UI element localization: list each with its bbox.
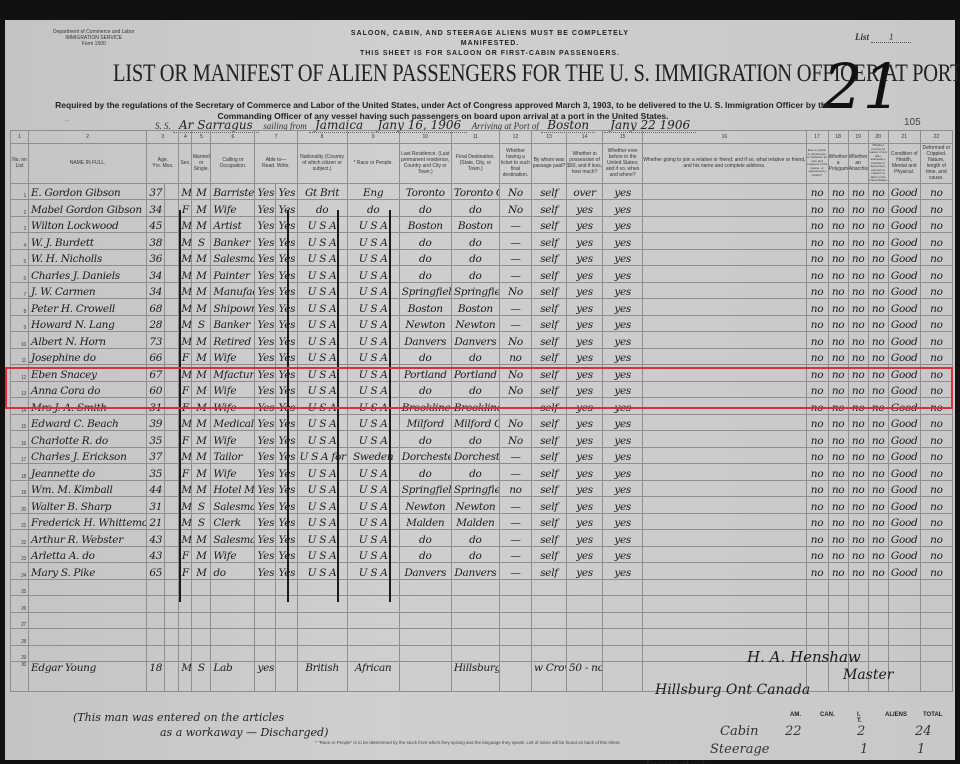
cell-can-write: [276, 612, 297, 629]
col-num: 6: [211, 131, 255, 144]
cell-joining-relative: [643, 414, 806, 431]
cell-contract-labor: [868, 579, 888, 596]
cell-marital-status: [192, 612, 211, 629]
cell-race: U S A: [347, 332, 399, 349]
cell-age-months: [165, 629, 179, 646]
cell-health: Good: [888, 497, 920, 514]
master-signature: H. A. Henshaw: [747, 648, 861, 666]
cell-ticket: No: [499, 282, 531, 299]
col-num: 3: [147, 131, 179, 144]
header-write: Write.: [277, 163, 290, 169]
cell-final-destination: Portland Me: [451, 365, 499, 382]
cell-passage-paid-by: self: [531, 365, 566, 382]
cell-contract-labor: no: [868, 200, 888, 217]
header-contract-labor: Whether coming by reason of any offer, s…: [868, 144, 888, 184]
cell-sex: [179, 645, 192, 662]
cell-last-residence: [399, 612, 451, 629]
cell-passenger-name: W. H. Nicholls: [29, 249, 147, 266]
cell-final-destination: do: [451, 233, 499, 250]
header-name: NAME IN FULL.: [29, 144, 147, 184]
cell-age-months: [165, 348, 179, 365]
cell-marital-status: S: [192, 233, 211, 250]
cell-contract-labor: [868, 596, 888, 613]
list-label: List: [855, 32, 869, 42]
cell-age-months: [165, 200, 179, 217]
col-num: 12: [499, 131, 531, 144]
cell-race: U S A: [347, 414, 399, 431]
cell-row-number: 7: [11, 282, 29, 299]
cell-final-destination: Boston: [451, 216, 499, 233]
cell-passenger-name: [29, 629, 147, 646]
table-row-empty: 28: [11, 629, 953, 646]
header-race: * Race or People.: [347, 144, 399, 184]
col-num: 16: [643, 131, 806, 144]
cell-prison: no: [806, 365, 828, 382]
cell-ticket: —: [499, 447, 531, 464]
cell-age-months: [165, 464, 179, 481]
cell-marital-status: M: [192, 332, 211, 349]
cell-contract-labor: no: [868, 546, 888, 563]
cell-polygamist: no: [828, 183, 848, 200]
cell-last-residence: do: [399, 381, 451, 398]
cell-before-in-us: yes: [603, 563, 643, 580]
cell-deformed: no: [920, 381, 952, 398]
cell-final-destination: Newton: [451, 315, 499, 332]
cell-age-years: 28: [147, 315, 165, 332]
cell-age-months: [165, 332, 179, 349]
cell-can-read: [255, 645, 276, 662]
cell-health: Good: [888, 332, 920, 349]
cell-prison: no: [806, 282, 828, 299]
ditto-line: [337, 210, 339, 602]
cell-passage-paid-by: self: [531, 464, 566, 481]
cell-occupation: Mfacturer: [211, 365, 255, 382]
cell-anarchist: [848, 629, 868, 646]
cell-age-years: 34: [147, 200, 165, 217]
cell-anarchist: no: [848, 513, 868, 530]
cell-contract-labor: no: [868, 332, 888, 349]
cell-joining-relative: [643, 546, 806, 563]
cell-age-years: 44: [147, 480, 165, 497]
cell-passage-paid-by: self: [531, 431, 566, 448]
cell-contract-labor: no: [868, 431, 888, 448]
cell-last-residence: Dorchester: [399, 447, 451, 464]
cell-age-months: [165, 530, 179, 547]
cell-before-in-us: yes: [603, 216, 643, 233]
cell-polygamist: no: [828, 233, 848, 250]
cell-money: yes: [567, 480, 603, 497]
cell-polygamist: no: [828, 249, 848, 266]
cell-contract-labor: no: [868, 282, 888, 299]
col-num: 7: [255, 131, 297, 144]
cell-ticket: —: [499, 464, 531, 481]
cell-can-read: Yes: [255, 431, 276, 448]
cell-last-residence: do: [399, 249, 451, 266]
cell-deformed: no: [920, 216, 952, 233]
cell-passenger-name: [29, 612, 147, 629]
cell-anarchist: no: [848, 365, 868, 382]
cell-can-read: Yes: [255, 266, 276, 283]
cell-ticket: No: [499, 431, 531, 448]
cell-money: yes: [567, 398, 603, 415]
cell-can-read: Yes: [255, 381, 276, 398]
cell-prison: no: [806, 398, 828, 415]
cell-contract-labor: no: [868, 299, 888, 316]
cell-marital-status: M: [192, 348, 211, 365]
cell-nationality: U S A: [297, 216, 347, 233]
cell-before-in-us: yes: [603, 282, 643, 299]
cell-age-months: [165, 563, 179, 580]
cell-sex: [179, 612, 192, 629]
cell-final-destination: do: [451, 530, 499, 547]
cell-nationality: Gt Brit: [297, 183, 347, 200]
cell-can-read: Yes: [255, 216, 276, 233]
cell-can-read: Yes: [255, 233, 276, 250]
cell-age-years: 18: [147, 662, 165, 692]
cell-passage-paid-by: self: [531, 249, 566, 266]
cell-age-years: [147, 612, 165, 629]
cell-before-in-us: yes: [603, 233, 643, 250]
cell-prison: no: [806, 381, 828, 398]
cell-race: U S A: [347, 216, 399, 233]
cell-race: do: [347, 200, 399, 217]
cell-occupation: [211, 629, 255, 646]
cell-passenger-name: Josephine do: [29, 348, 147, 365]
cell-occupation: Banker: [211, 233, 255, 250]
header-money: Whether in possession of $50, and if les…: [567, 144, 603, 184]
cell-money: [567, 612, 603, 629]
cell-polygamist: no: [828, 464, 848, 481]
form-code: —: [65, 117, 69, 122]
cell-occupation: Banker: [211, 315, 255, 332]
cell-joining-relative: [643, 332, 806, 349]
cell-age-months: [165, 398, 179, 415]
cell-nationality: U S A: [297, 398, 347, 415]
cell-passenger-name: Charles J. Daniels: [29, 266, 147, 283]
col-num: 2: [29, 131, 147, 144]
cell-passage-paid-by: self: [531, 546, 566, 563]
cell-marital-status: M: [192, 398, 211, 415]
cell-before-in-us: [603, 579, 643, 596]
cell-can-read: Yes: [255, 563, 276, 580]
cell-last-residence: Portland: [399, 365, 451, 382]
cell-ticket: —: [499, 249, 531, 266]
cell-prison: no: [806, 233, 828, 250]
cell-anarchist: no: [848, 497, 868, 514]
table-row: 3Wilton Lockwood45MMArtistYesYesU S AU S…: [11, 216, 953, 233]
department-header: Department of Commerce and Labor IMMIGRA…: [53, 29, 134, 47]
cell-money: yes: [567, 249, 603, 266]
cell-anarchist: no: [848, 315, 868, 332]
header-age-yrs: Yrs.: [152, 163, 161, 169]
cell-deformed: no: [920, 431, 952, 448]
cell-nationality: British: [297, 662, 347, 692]
cell-joining-relative: [643, 530, 806, 547]
cell-row-number: 11: [11, 348, 29, 365]
cell-before-in-us: yes: [603, 299, 643, 316]
cell-money: yes: [567, 332, 603, 349]
cell-can-read: [255, 629, 276, 646]
col-num: 18: [828, 131, 848, 144]
cell-deformed: no: [920, 464, 952, 481]
cell-contract-labor: [868, 612, 888, 629]
cell-before-in-us: yes: [603, 497, 643, 514]
cell-prison: [806, 579, 828, 596]
cell-nationality: U S A: [297, 266, 347, 283]
cell-race: U S A: [347, 315, 399, 332]
cell-race: [347, 612, 399, 629]
cell-passage-paid-by: self: [531, 414, 566, 431]
cell-age-years: 36: [147, 249, 165, 266]
header-polygamist: Whether a Polygamist.: [828, 144, 848, 184]
cell-ticket: [499, 662, 531, 692]
cell-row-number: 10: [11, 332, 29, 349]
table-row: 5W. H. Nicholls36MMSalesmanYesYesU S AU …: [11, 249, 953, 266]
cell-passenger-name: Edward C. Beach: [29, 414, 147, 431]
cell-nationality: [297, 629, 347, 646]
cell-passenger-name: [29, 596, 147, 613]
cell-passenger-name: Eben Snacey: [29, 365, 147, 382]
table-row-empty: 26: [11, 596, 953, 613]
cell-passage-paid-by: self: [531, 200, 566, 217]
table-row: 4W. J. Burdett38MSBankerYesYesU S AU S A…: [11, 233, 953, 250]
cell-polygamist: no: [828, 348, 848, 365]
cell-row-number: 17: [11, 447, 29, 464]
manifest-sheet: Department of Commerce and Labor IMMIGRA…: [5, 20, 955, 760]
row30-remark: (This man was entered on the articles: [73, 711, 284, 724]
cell-can-read: Yes: [255, 464, 276, 481]
col-num: 13: [531, 131, 566, 144]
cell-health: Good: [888, 464, 920, 481]
cell-polygamist: no: [828, 200, 848, 217]
cell-passage-paid-by: self: [531, 563, 566, 580]
cell-passenger-name: Wm. M. Kimball: [29, 480, 147, 497]
cell-race: U S A: [347, 464, 399, 481]
header-ticket: Whether having a ticket to such final de…: [499, 144, 531, 184]
cell-row-number: 4: [11, 233, 29, 250]
cell-row-number: 26: [11, 596, 29, 613]
cell-polygamist: no: [828, 480, 848, 497]
cell-marital-status: M: [192, 563, 211, 580]
cell-contract-labor: no: [868, 497, 888, 514]
list-number: List 1: [855, 32, 911, 43]
cell-money: yes: [567, 233, 603, 250]
cell-passage-paid-by: self: [531, 332, 566, 349]
cell-nationality: U S A: [297, 431, 347, 448]
cell-polygamist: no: [828, 414, 848, 431]
cell-money: yes: [567, 497, 603, 514]
cell-row-number: 22: [11, 530, 29, 547]
cell-money: yes: [567, 530, 603, 547]
header-joining-relative: Whether going to join a relative or frie…: [643, 144, 806, 184]
table-row-30: 30Edgar Young18MSLabyesBritishAfricanHil…: [11, 662, 953, 692]
col-num: 8: [297, 131, 347, 144]
cell-age-years: [147, 645, 165, 662]
cell-prison: no: [806, 332, 828, 349]
cell-can-write: [276, 662, 297, 692]
cell-anarchist: no: [848, 183, 868, 200]
cell-deformed: no: [920, 315, 952, 332]
cell-deformed: no: [920, 282, 952, 299]
cell-polygamist: no: [828, 315, 848, 332]
cell-nationality: U S A: [297, 299, 347, 316]
cell-ticket: No: [499, 414, 531, 431]
cell-deformed: no: [920, 398, 952, 415]
col-num: 20: [868, 131, 888, 144]
cell-can-read: Yes: [255, 365, 276, 382]
cell-can-read: Yes: [255, 282, 276, 299]
cell-prison: [806, 612, 828, 629]
cell-nationality: do: [297, 200, 347, 217]
col-num: 15: [603, 131, 643, 144]
cell-can-read: Yes: [255, 348, 276, 365]
cell-before-in-us: yes: [603, 431, 643, 448]
cell-money: yes: [567, 266, 603, 283]
cell-health: Good: [888, 299, 920, 316]
cell-race: U S A: [347, 513, 399, 530]
cell-deformed: no: [920, 497, 952, 514]
cell-final-destination: [451, 579, 499, 596]
table-row: 9Howard N. Lang28MSBankerYesYesU S AU S …: [11, 315, 953, 332]
cell-sex: M: [179, 183, 192, 200]
cell-occupation: Painter: [211, 266, 255, 283]
cell-passenger-name: Charlotte R. do: [29, 431, 147, 448]
cell-ticket: —: [499, 563, 531, 580]
cell-money: yes: [567, 365, 603, 382]
cell-final-destination: Dorchester: [451, 447, 499, 464]
cell-before-in-us: [603, 596, 643, 613]
table-row: 6Charles J. Daniels34MMPainterYesYesU S …: [11, 266, 953, 283]
steerage-total: 1: [917, 742, 925, 757]
cell-age-years: 35: [147, 464, 165, 481]
cell-passage-paid-by: self: [531, 233, 566, 250]
cell-occupation: [211, 579, 255, 596]
cell-age-years: 66: [147, 348, 165, 365]
cell-anarchist: no: [848, 563, 868, 580]
cell-occupation: Salesman: [211, 249, 255, 266]
cell-contract-labor: no: [868, 447, 888, 464]
cell-occupation: Medical: [211, 414, 255, 431]
cell-occupation: Wife: [211, 431, 255, 448]
cell-money: [567, 645, 603, 662]
cell-anarchist: no: [848, 414, 868, 431]
cell-can-read: Yes: [255, 414, 276, 431]
cell-race: [347, 629, 399, 646]
cell-marital-status: S: [192, 662, 211, 692]
cell-money: yes: [567, 414, 603, 431]
cell-ticket: —: [499, 216, 531, 233]
cell-final-destination: [451, 629, 499, 646]
cell-occupation: [211, 612, 255, 629]
cell-age-months: [165, 233, 179, 250]
cell-age-years: 38: [147, 233, 165, 250]
cell-age-months: [165, 480, 179, 497]
cell-prison: no: [806, 464, 828, 481]
cell-health: [888, 596, 920, 613]
cell-ticket: No: [499, 332, 531, 349]
cell-joining-relative: [643, 480, 806, 497]
cell-prison: no: [806, 563, 828, 580]
header-passage-paid: By whom was passage paid?: [531, 144, 566, 184]
cell-passenger-name: Anna Cora do: [29, 381, 147, 398]
cell-before-in-us: yes: [603, 381, 643, 398]
cell-nationality: U S A: [297, 348, 347, 365]
cell-age-years: 37: [147, 183, 165, 200]
cell-can-read: Yes: [255, 546, 276, 563]
cell-marital-status: M: [192, 266, 211, 283]
cell-last-residence: Malden: [399, 513, 451, 530]
row30-remark: as a workaway — Discharged): [160, 726, 328, 739]
cell-age-months: [165, 513, 179, 530]
header-last-residence: Last Residence. (Last permanent residenc…: [399, 144, 451, 184]
cell-joining-relative: [643, 431, 806, 448]
cell-health: Good: [888, 398, 920, 415]
cell-row-number: 30: [11, 662, 29, 692]
cell-health: Good: [888, 348, 920, 365]
cell-health: Good: [888, 480, 920, 497]
notice-line: SALOON, CABIN, AND STEERAGE ALIENS MUST …: [325, 29, 655, 49]
cell-marital-status: M: [192, 282, 211, 299]
cell-age-months: [165, 315, 179, 332]
cell-race: U S A: [347, 266, 399, 283]
cell-race: U S A: [347, 546, 399, 563]
cell-money: yes: [567, 315, 603, 332]
cell-contract-labor: no: [868, 563, 888, 580]
table-row: 21Frederick H. Whittemore21MSClerkYesYes…: [11, 513, 953, 530]
cell-age-years: 73: [147, 332, 165, 349]
cell-final-destination: [451, 596, 499, 613]
cell-can-write: [276, 645, 297, 662]
table-row: 18Jeannette do35FMWifeYesYesU S AU S Ado…: [11, 464, 953, 481]
cell-deformed: no: [920, 332, 952, 349]
cell-ticket: no: [499, 480, 531, 497]
cell-can-read: [255, 596, 276, 613]
cell-before-in-us: [603, 645, 643, 662]
cell-last-residence: Danvers: [399, 563, 451, 580]
cell-age-years: 39: [147, 414, 165, 431]
cell-race: U S A: [347, 249, 399, 266]
cell-final-destination: do: [451, 431, 499, 448]
table-row: 22Arthur R. Webster43MMSalesmanYesYesU S…: [11, 530, 953, 547]
cell-last-residence: [399, 629, 451, 646]
col-num: 21: [888, 131, 920, 144]
cell-money: [567, 596, 603, 613]
cell-last-residence: [399, 645, 451, 662]
cell-anarchist: no: [848, 299, 868, 316]
cell-nationality: U S A for: [297, 447, 347, 464]
cell-passenger-name: E. Gordon Gibson: [29, 183, 147, 200]
cell-ticket: [499, 612, 531, 629]
cell-nationality: U S A: [297, 464, 347, 481]
cell-joining-relative: [643, 200, 806, 217]
cell-row-number: 2: [11, 200, 29, 217]
cell-passenger-name: Albert N. Horn: [29, 332, 147, 349]
table-row: 16Charlotte R. do35FMWifeYesYesU S AU S …: [11, 431, 953, 448]
cell-marital-status: S: [192, 315, 211, 332]
cell-joining-relative: [643, 315, 806, 332]
cell-before-in-us: yes: [603, 183, 643, 200]
cell-deformed: no: [920, 233, 952, 250]
cell-deformed: no: [920, 299, 952, 316]
cell-age-months: [165, 216, 179, 233]
cell-health: Good: [888, 216, 920, 233]
cell-last-residence: do: [399, 348, 451, 365]
cell-money: yes: [567, 216, 603, 233]
cell-health: Good: [888, 282, 920, 299]
cell-health: Good: [888, 563, 920, 580]
cell-money: yes: [567, 431, 603, 448]
cell-race: U S A: [347, 398, 399, 415]
